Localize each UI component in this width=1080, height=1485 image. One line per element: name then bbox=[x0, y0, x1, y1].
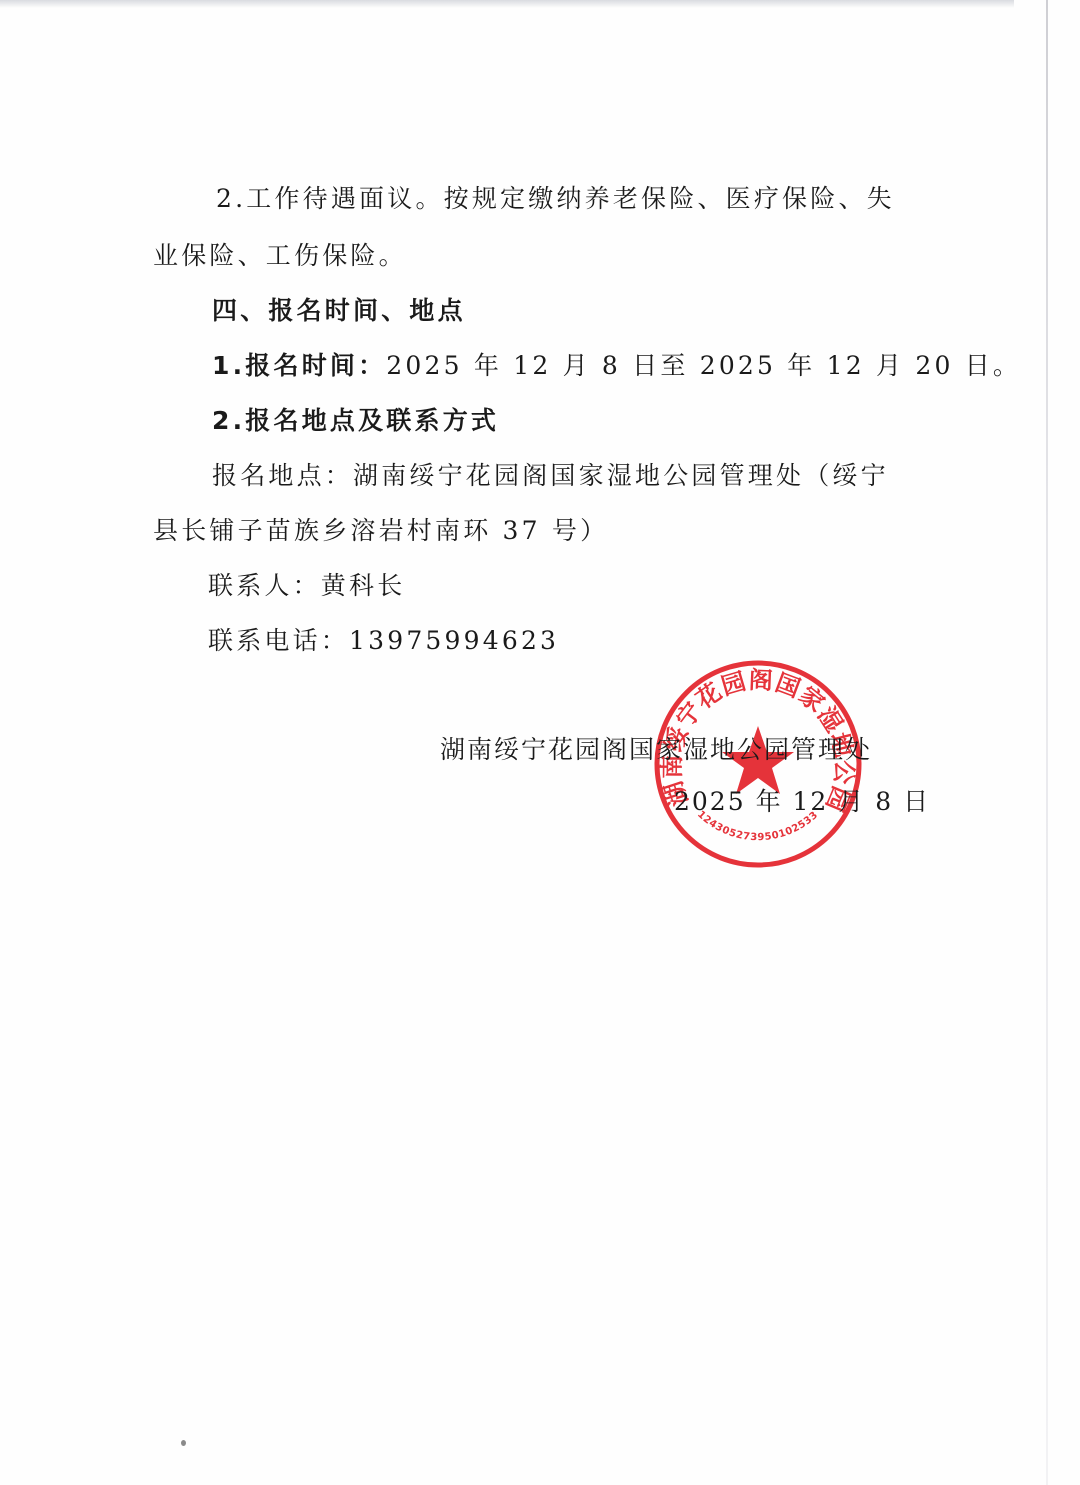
contact-phone: 联系电话：13975994623 bbox=[208, 626, 559, 656]
section-heading-registration: 四、报名时间、地点 bbox=[212, 296, 466, 326]
registration-place-line2: 县长铺子苗族乡溶岩村南环 37 号） bbox=[153, 516, 608, 546]
signature-date: 2025 年 12 月 8 日 bbox=[674, 787, 930, 817]
registration-time-label: 1.报名时间： bbox=[212, 351, 386, 380]
paragraph-item2-line2: 业保险、工伤保险。 bbox=[153, 241, 407, 271]
paragraph-item2-line1: 2.工作待遇面议。按规定缴纳养老保险、医疗保险、失 bbox=[216, 184, 895, 214]
registration-time: 1.报名时间：2025 年 12 月 8 日至 2025 年 12 月 20 日… bbox=[212, 351, 1021, 381]
signature-organization: 湖南绥宁花园阁国家湿地公园管理处 bbox=[440, 735, 872, 765]
contact-person: 联系人：黄科长 bbox=[208, 571, 405, 601]
registration-place-heading: 2.报名地点及联系方式 bbox=[212, 406, 499, 436]
document-page: 2.工作待遇面议。按规定缴纳养老保险、医疗保险、失 业保险、工伤保险。 四、报名… bbox=[0, 0, 1080, 1485]
scan-speck bbox=[181, 1440, 186, 1446]
page-edge-line bbox=[1046, 0, 1048, 1485]
registration-place-line1: 报名地点：湖南绥宁花园阁国家湿地公园管理处（绥宁 bbox=[212, 461, 889, 491]
registration-time-value: 2025 年 12 月 8 日至 2025 年 12 月 20 日。 bbox=[386, 351, 1021, 380]
scan-shadow bbox=[0, 0, 1014, 8]
